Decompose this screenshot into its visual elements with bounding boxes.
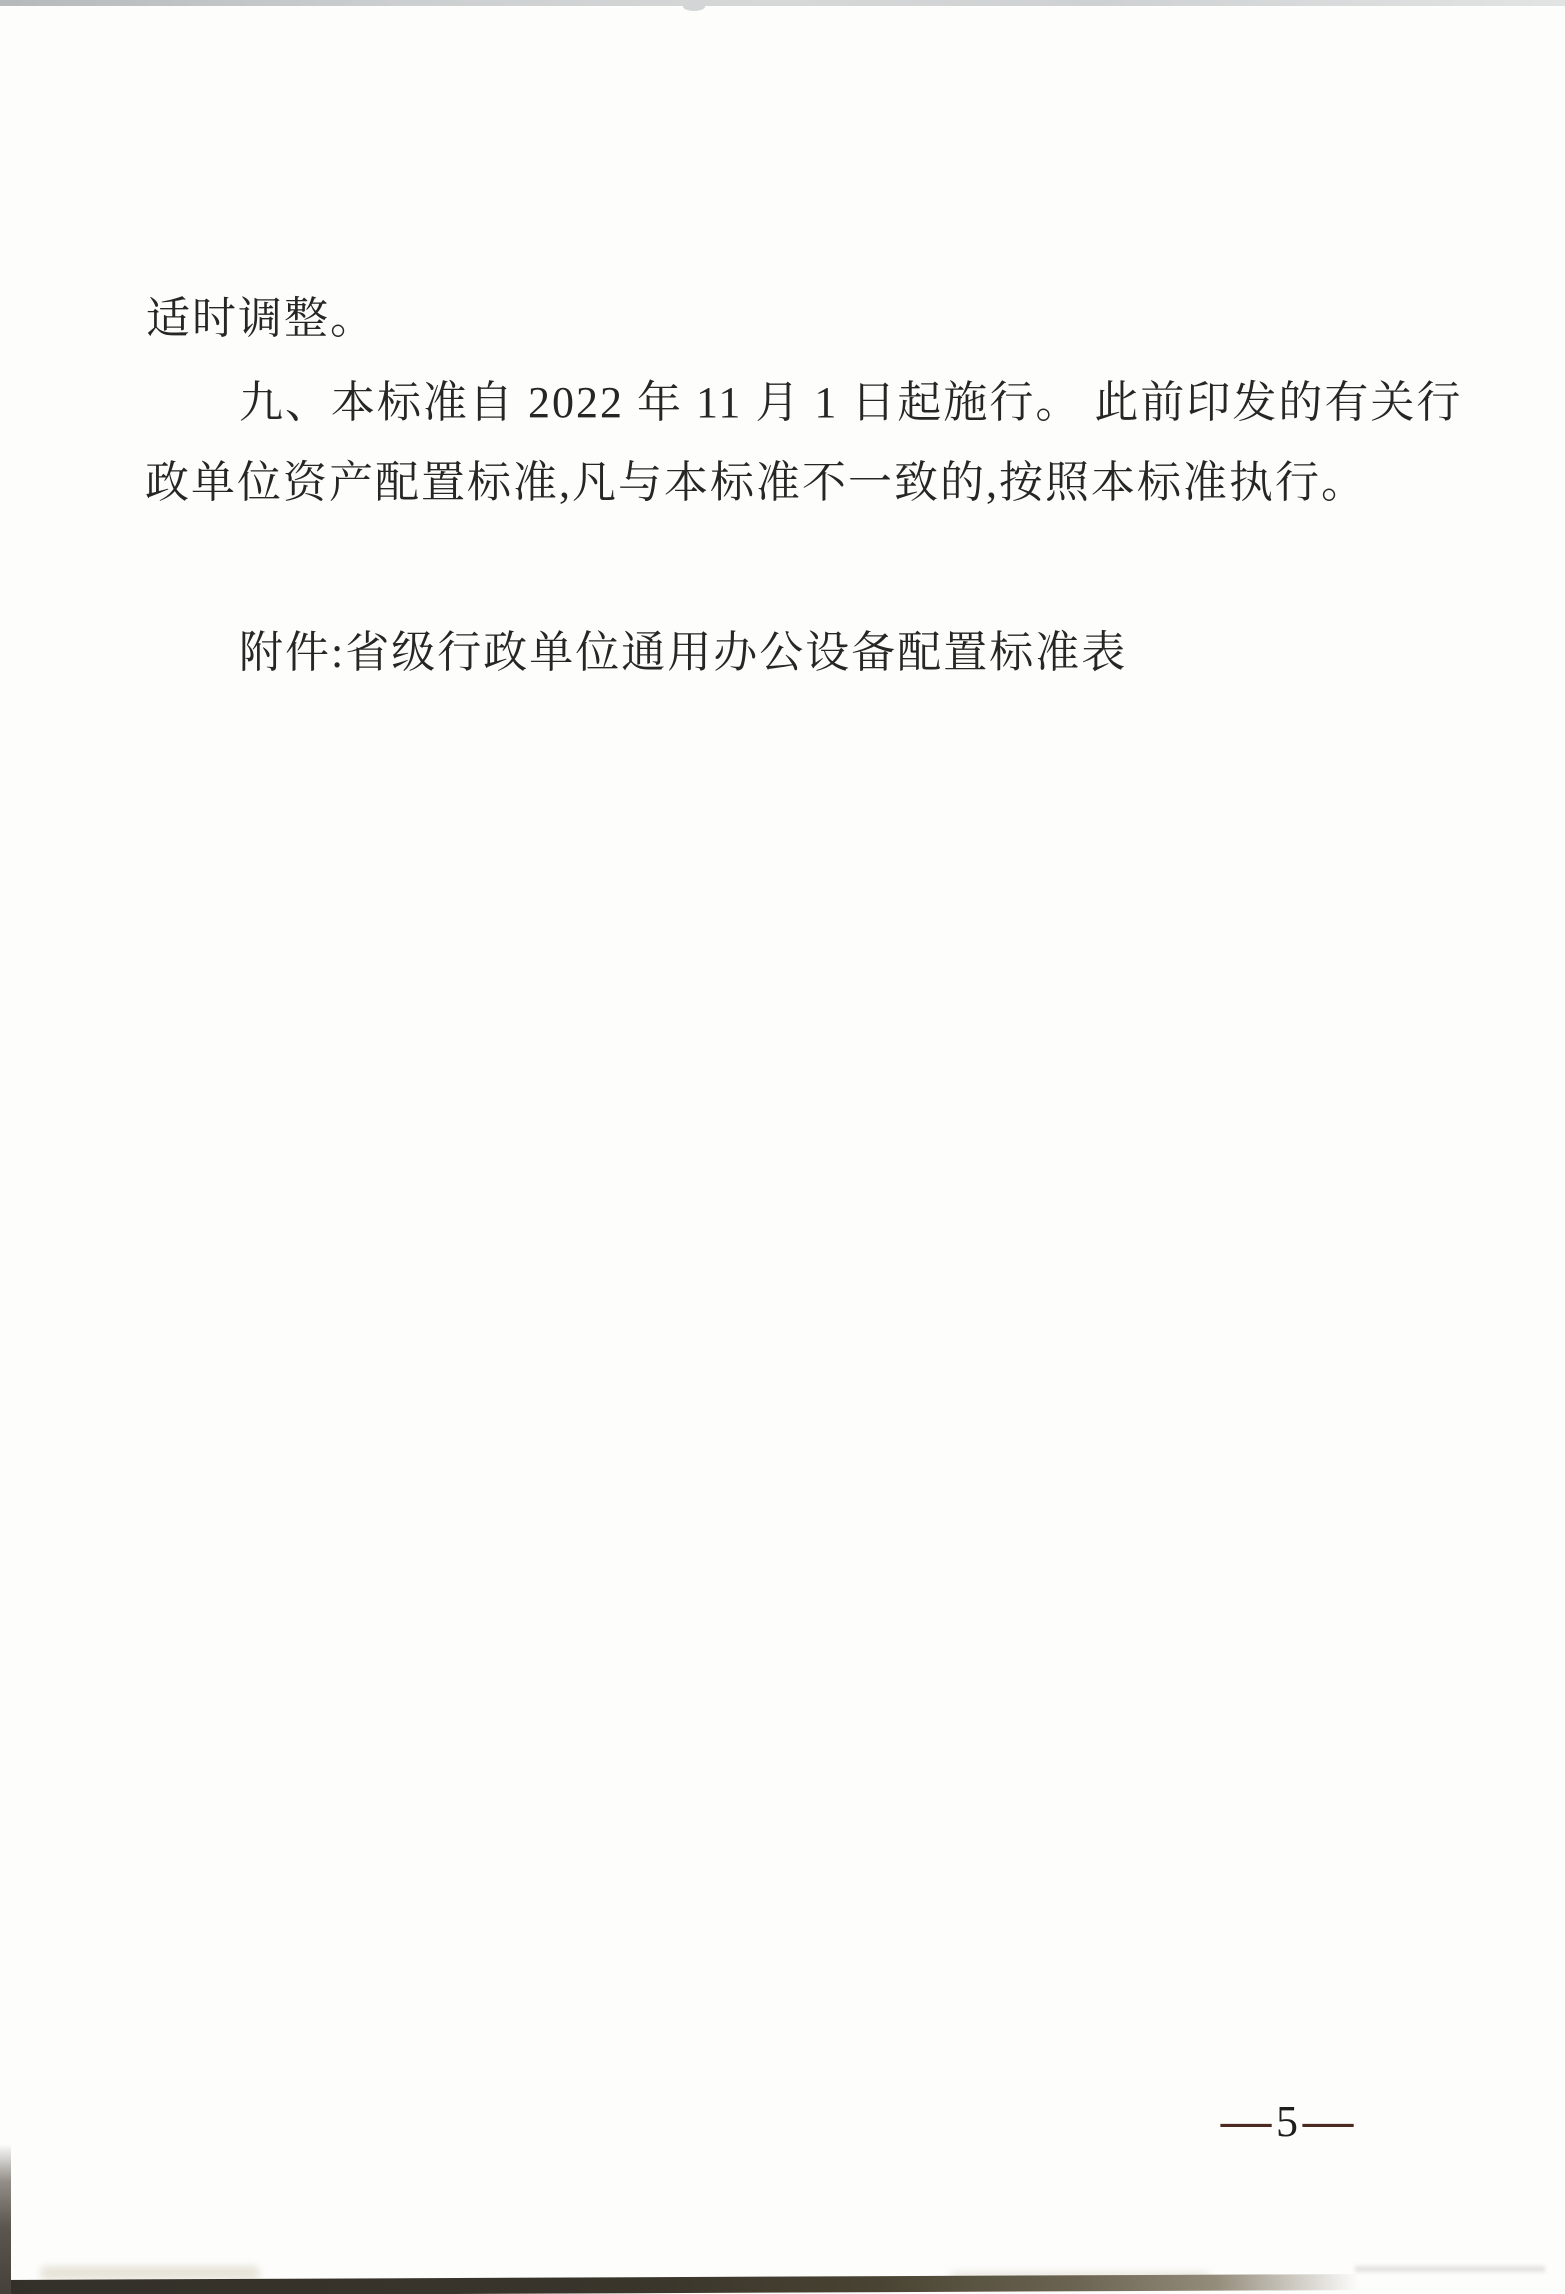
attachment-line: 附件:省级行政单位通用办公设备配置标准表 [239,616,1127,680]
page-number: — 5 — [1224,2100,1350,2144]
body-line-1: 适时调整。 [146,282,376,346]
scan-smudge [40,2266,260,2280]
scanned-document-page: 适时调整。 九、本标准自 2022 年 11 月 1 日起施行。 此前印发的有关… [0,0,1565,2294]
body-line-3: 政单位资产配置标准,凡与本标准不一致的,按照本标准执行。 [145,446,1367,510]
scan-edge-top [0,0,1565,6]
body-line-2: 九、本标准自 2022 年 11 月 1 日起施行。 此前印发的有关行 [239,366,1462,430]
scan-edge-left [0,2144,11,2294]
page-number-dash-left: — [1221,2100,1272,2144]
page-number-value: 5 [1276,2100,1298,2144]
page-number-dash-right: — [1303,2100,1354,2144]
scan-smudge [1355,2266,1545,2272]
scan-blip-top [683,2,705,11]
